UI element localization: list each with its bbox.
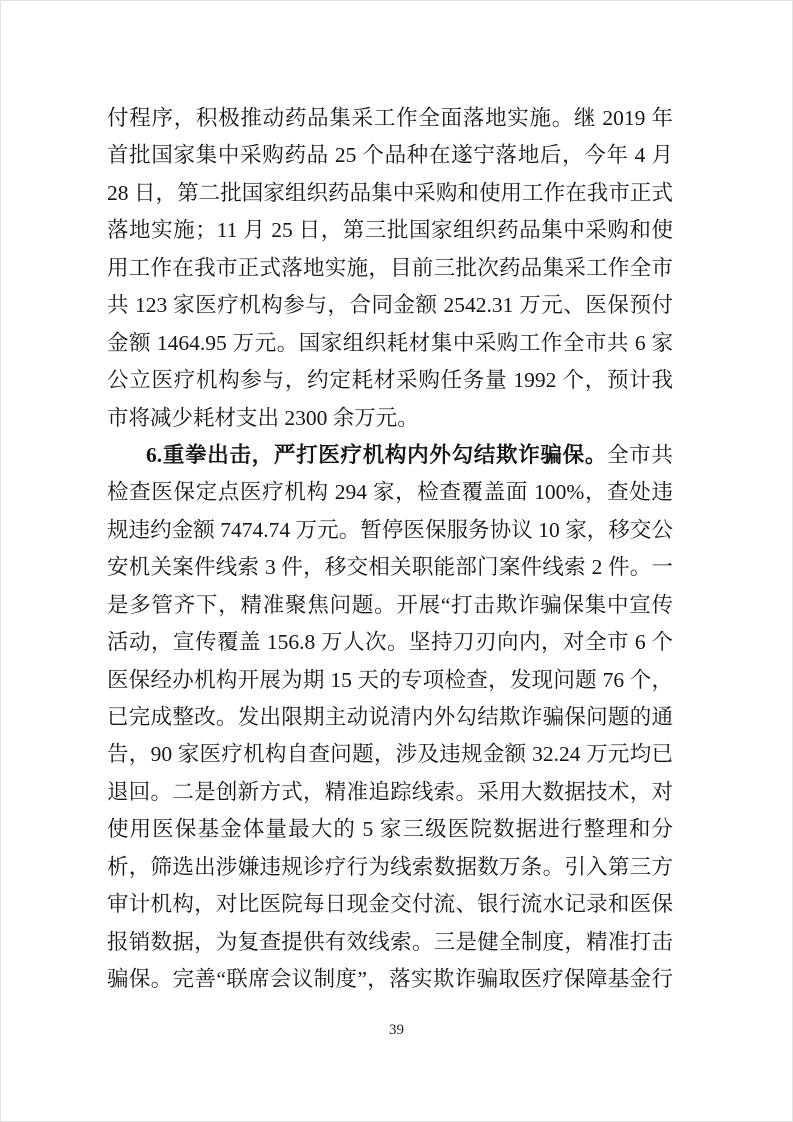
page-body-text: 付程序，积极推动药品集采工作全面落地实施。继 2019 年首批国家集中采购药品 … [107, 100, 673, 999]
document-page: 付程序，积极推动药品集采工作全面落地实施。继 2019 年首批国家集中采购药品 … [0, 0, 793, 1122]
text-segment: 用工作在我市正式落地实施，目前三批次药品集采工作全市 [107, 256, 673, 280]
emphasis-text-segment: 骗保。 [107, 967, 173, 991]
text-segment: 检查医保定点医疗机构 294 家，检查覆盖面 100%，查处违 [107, 480, 673, 504]
bold-text-segment: 6.重拳出击，严打医疗机构内外勾结欺诈骗保。 [146, 443, 607, 467]
text-line: 用工作在我市正式落地实施，目前三批次药品集采工作全市 [107, 250, 673, 287]
page-number: 39 [1, 1022, 792, 1039]
text-line: 告，90 家医疗机构自查问题，涉及违规金额 32.24 万元均已 [107, 736, 673, 773]
text-line: 规违约金额 7474.74 万元。暂停医保服务协议 10 家，移交公 [107, 512, 673, 549]
text-line: 使用医保基金体量最大的 5 家三级医院数据进行整理和分 [107, 811, 673, 848]
text-segment: 共 123 家医疗机构参与，合同金额 2542.31 万元、医保预付 [107, 293, 673, 317]
text-segment: 已完成整改。发出限期主动说清内外勾结欺诈骗保问题的通 [107, 705, 673, 729]
text-segment: 落地实施；11 月 25 日，第三批国家组织药品集中采购和使 [107, 218, 673, 242]
emphasis-text-segment: 二是创新方式，精准追踪线索。 [172, 780, 477, 804]
text-line: 安机关案件线索 3 件，移交相关职能部门案件线索 2 件。一 [107, 549, 673, 586]
text-segment: 安机关案件线索 3 件，移交相关职能部门案件线索 2 件。 [107, 555, 651, 579]
text-segment: 28 日，第二批国家组织药品集中采购和使用工作在我市正式 [107, 181, 673, 205]
text-line: 6.重拳出击，严打医疗机构内外勾结欺诈骗保。全市共 [107, 437, 673, 474]
text-line: 落地实施；11 月 25 日，第三批国家组织药品集中采购和使 [107, 212, 673, 249]
emphasis-text-segment: 是多管齐下，精准聚焦问题。 [107, 593, 396, 617]
text-segment: 完善“联席会议制度”，落实欺诈骗取医疗保障基金行 [173, 967, 673, 991]
text-line: 公立医疗机构参与，约定耗材采购任务量 1992 个，预计我 [107, 362, 673, 399]
text-line: 已完成整改。发出限期主动说清内外勾结欺诈骗保问题的通 [107, 699, 673, 736]
text-line: 骗保。完善“联席会议制度”，落实欺诈骗取医疗保障基金行 [107, 961, 673, 998]
text-segment: 规违约金额 7474.74 万元。暂停医保服务协议 10 家，移交公 [107, 518, 673, 542]
text-segment: 采用大数据技术，对 [477, 780, 673, 804]
text-segment: 审计机构，对比医院每日现金交付流、银行流水记录和医保 [107, 892, 673, 916]
text-segment: 使用医保基金体量最大的 5 家三级医院数据进行整理和分 [107, 817, 673, 841]
text-line: 活动，宣传覆盖 156.8 万人次。坚持刀刃向内，对全市 6 个 [107, 624, 673, 661]
text-segment: 全市共 [607, 443, 673, 467]
text-line: 金额 1464.95 万元。国家组织耗材集中采购工作全市共 6 家 [107, 325, 673, 362]
text-line: 共 123 家医疗机构参与，合同金额 2542.31 万元、医保预付 [107, 287, 673, 324]
text-segment: 退回。 [107, 780, 172, 804]
text-segment: 报销数据，为复查提供有效线索。 [107, 930, 434, 954]
text-segment: 付程序，积极推动药品集采工作全面落地实施。继 2019 年 [107, 106, 673, 130]
text-segment: 析，筛选出涉嫌违规诊疗行为线索数据数万条。引入第三方 [107, 855, 673, 879]
text-segment: 告，90 家医疗机构自查问题，涉及违规金额 32.24 万元均已 [107, 742, 673, 766]
text-segment: 医保经办机构开展为期 15 天的专项检查，发现问题 76 个， [107, 668, 673, 692]
text-line: 是多管齐下，精准聚焦问题。开展“打击欺诈骗保集中宣传月” [107, 587, 673, 624]
text-segment: 公立医疗机构参与，约定耗材采购任务量 1992 个，预计我 [107, 368, 673, 392]
emphasis-text-segment: 一 [651, 555, 673, 579]
text-line: 检查医保定点医疗机构 294 家，检查覆盖面 100%，查处违 [107, 474, 673, 511]
text-line: 报销数据，为复查提供有效线索。三是健全制度，精准打击 [107, 924, 673, 961]
text-segment: 市将减少耗材支出 2300 余万元。 [107, 406, 419, 430]
text-line: 析，筛选出涉嫌违规诊疗行为线索数据数万条。引入第三方 [107, 849, 673, 886]
text-line: 市将减少耗材支出 2300 余万元。 [107, 400, 673, 437]
text-line: 退回。二是创新方式，精准追踪线索。采用大数据技术，对 [107, 774, 673, 811]
text-line: 首批国家集中采购药品 25 个品种在遂宁落地后，今年 4 月 [107, 137, 673, 174]
text-segment: 首批国家集中采购药品 25 个品种在遂宁落地后，今年 4 月 [107, 143, 673, 167]
text-segment: 金额 1464.95 万元。国家组织耗材集中采购工作全市共 6 家 [107, 331, 673, 355]
text-segment: 活动，宣传覆盖 156.8 万人次。坚持刀刃向内，对全市 6 个 [107, 630, 673, 654]
text-line: 审计机构，对比医院每日现金交付流、银行流水记录和医保 [107, 886, 673, 923]
emphasis-text-segment: 三是健全制度，精准打击 [434, 930, 673, 954]
text-line: 28 日，第二批国家组织药品集中采购和使用工作在我市正式 [107, 175, 673, 212]
text-line: 付程序，积极推动药品集采工作全面落地实施。继 2019 年 [107, 100, 673, 137]
text-line: 医保经办机构开展为期 15 天的专项检查，发现问题 76 个， [107, 662, 673, 699]
